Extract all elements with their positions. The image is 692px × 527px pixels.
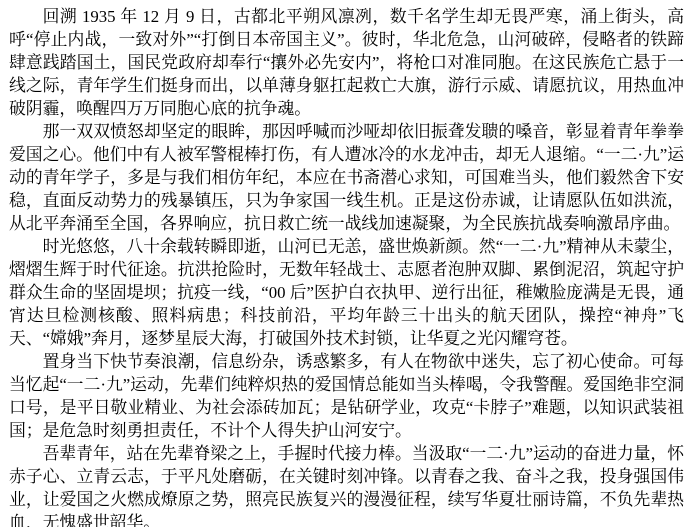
paragraph-3: 时光悠悠，八十余载转瞬即逝，山河已无恙，盛世焕新颜。然“一二·九”精神从未蒙尘，…	[9, 235, 684, 350]
paragraph-1: 回溯 1935 年 12 月 9 日，古都北平朔风凛冽，数千名学生却无畏严寒，涌…	[9, 5, 684, 120]
paragraph-5: 吾辈青年，站在先辈脊梁之上，手握时代接力棒。当汲取“一二·九”运动的奋进力量，怀…	[9, 442, 684, 527]
paragraph-4: 置身当下快节奏浪潮，信息纷杂，诱惑繁多，有人在物欲中迷失，忘了初心使命。可每当忆…	[9, 350, 684, 442]
paragraph-2: 那一双双愤怒却坚定的眼眸，那因呼喊而沙哑却依旧振聋发聩的嗓音，彰显着青年拳拳爱国…	[9, 120, 684, 235]
document-page: 回溯 1935 年 12 月 9 日，古都北平朔风凛冽，数千名学生却无畏严寒，涌…	[0, 0, 692, 527]
